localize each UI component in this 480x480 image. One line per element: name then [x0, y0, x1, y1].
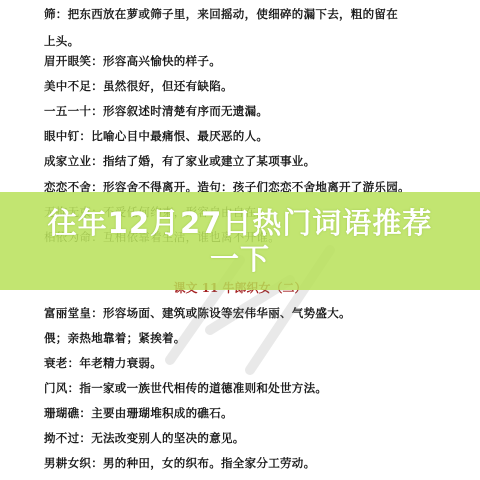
definition-line: 一五一十：形容叙述时清楚有序而无遗漏。	[44, 103, 460, 119]
definition-line: 衰老：年老精力衰弱。	[44, 355, 460, 371]
definition-line: 眼中钉：比喻心目中最痛恨、最厌恶的人。	[44, 128, 460, 144]
title-banner: 往年12月27日热门词语推荐一下	[0, 192, 480, 290]
definition-line: 男耕女织：男的种田，女的织布。指全家分工劳动。	[44, 455, 460, 471]
definition-line: 成家立业：指结了婚，有了家业或建立了某项事业。	[44, 153, 460, 169]
definition-line: 门风：指一家或一族世代相传的道德准则和处世方法。	[44, 380, 460, 396]
definition-line: 拗不过：无法改变别人的坚决的意见。	[44, 430, 460, 446]
definition-line: 美中不足：虽然很好，但还有缺陷。	[44, 78, 460, 94]
definition-line: 上头。	[44, 33, 460, 49]
definition-line: 珊瑚礁：主要由珊瑚堆积成的礁石。	[44, 405, 460, 421]
banner-title: 往年12月27日热门词语推荐一下	[40, 205, 440, 277]
definition-line: 偎；亲热地靠着；紧挨着。	[44, 330, 460, 346]
definition-line: 富丽堂皇：形容场面、建筑或陈设等宏伟华丽、气势盛大。	[44, 305, 460, 321]
definition-line: 筛：把东西放在萝或筛子里，来回摇动，使细碎的漏下去，粗的留在	[44, 6, 460, 22]
definition-line: 眉开眼笑：形容高兴愉快的样子。	[44, 53, 460, 69]
